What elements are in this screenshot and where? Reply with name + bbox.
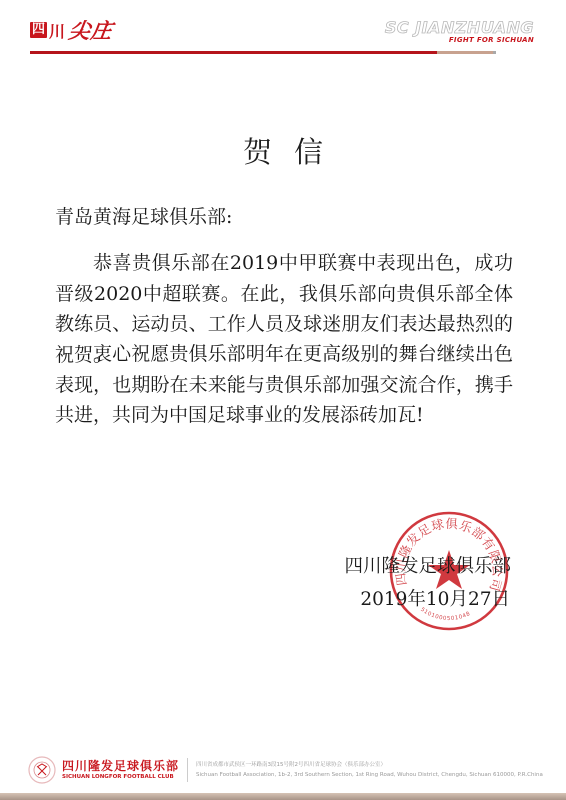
- footer-club: 四川隆发足球俱乐部 SICHUAN LONGFOR FOOTBALL CLUB: [62, 759, 179, 781]
- brand-name: SC JIANZHUANG: [385, 19, 534, 36]
- address-en: Sichuan Football Association, 1b-2, 3rd …: [196, 770, 543, 780]
- rule-red-segment: [30, 51, 437, 54]
- letter-paragraph-2: 衷心祝愿贵俱乐部明年在更高级别的舞台继续出色表现，也期盼在未来能与贵俱乐部加强交…: [55, 339, 513, 431]
- logo-stripes: 川: [49, 19, 65, 42]
- footer: 四川隆发足球俱乐部 SICHUAN LONGFOR FOOTBALL CLUB …: [28, 752, 548, 788]
- address-cn: 四川省成都市武侯区一环路南3段15号附2号四川省足球协会（俱乐部办公室）: [196, 760, 543, 770]
- letter-date: 2019年10月27日: [360, 585, 510, 611]
- club-crest-icon: [28, 756, 56, 784]
- bottom-band: [0, 793, 566, 800]
- letter-salutation: 青岛黄海足球俱乐部:: [55, 202, 232, 229]
- brand-slogan: FIGHT FOR SICHUAN: [385, 36, 534, 45]
- logo-box: 四: [30, 22, 47, 38]
- jianzhuang-logo: 四 川 尖庄: [30, 16, 113, 44]
- footer-address: 四川省成都市武侯区一环路南3段15号附2号四川省足球协会（俱乐部办公室） Sic…: [196, 760, 543, 780]
- rule-gray-segment: [493, 51, 496, 54]
- letter-title: 贺信: [0, 130, 566, 171]
- rule-tan-segment: [437, 51, 493, 54]
- club-name-cn: 四川隆发足球俱乐部: [62, 759, 179, 773]
- letter-signature: 四川隆发足球俱乐部: [344, 552, 511, 578]
- header-brand: SC JIANZHUANG FIGHT FOR SICHUAN: [385, 19, 534, 45]
- club-name-en: SICHUAN LONGFOR FOOTBALL CLUB: [62, 773, 179, 781]
- logo-script: 尖庄: [67, 15, 115, 45]
- footer-divider: [187, 758, 188, 782]
- header-rule: [30, 51, 496, 54]
